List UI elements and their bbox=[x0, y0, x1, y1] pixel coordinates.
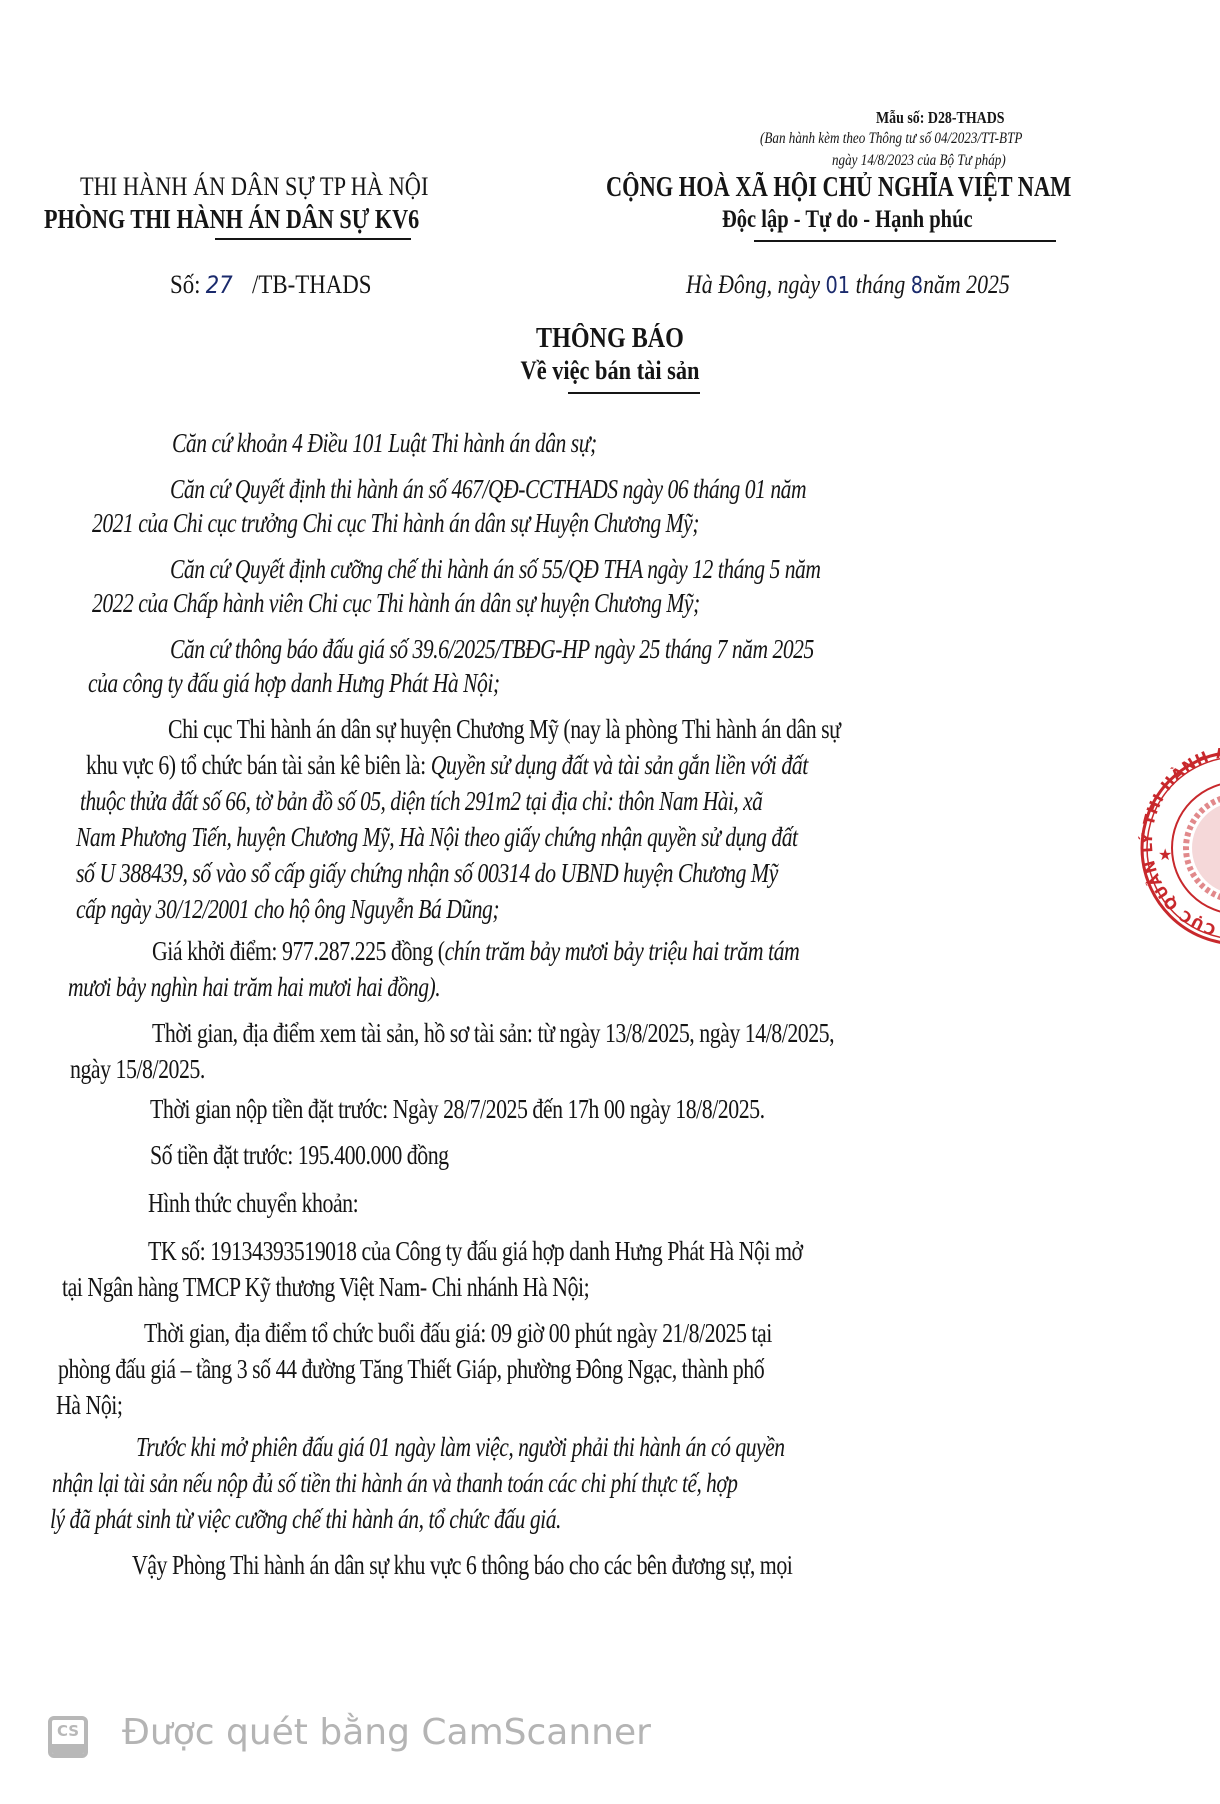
body-line: tại Ngân hàng TMCP Kỹ thương Việt Nam- C… bbox=[62, 1272, 713, 1303]
date-month: 8 bbox=[911, 273, 923, 299]
body-line: của công ty đấu giá hợp danh Hưng Phát H… bbox=[88, 668, 602, 699]
motto: Độc lập - Tự do - Hạnh phúc bbox=[722, 206, 1028, 234]
doc-number-handwritten: 27 bbox=[201, 271, 253, 299]
auction-time-line: Thời gian, địa điểm tổ chức buổi đấu giá… bbox=[144, 1318, 919, 1349]
body-line: Hà Nội; bbox=[56, 1390, 138, 1421]
body-line: Trước khi mở phiên đấu giá 01 ngày làm v… bbox=[136, 1432, 947, 1463]
body-line: 2022 của Chấp hành viên Chi cục Thi hành… bbox=[92, 588, 852, 619]
body-line: Căn cứ thông báo đấu giá số 39.6/2025/TB… bbox=[170, 634, 975, 665]
date-day: 01 bbox=[826, 273, 851, 299]
date-place: Hà Đông, ngày bbox=[686, 270, 820, 299]
body-line: số U 388439, số vào sổ cấp giấy chứng nh… bbox=[76, 858, 943, 889]
official-seal-icon: CỤC QUẢN LÝ THI HÀNH ÁN ★ bbox=[1138, 748, 1220, 948]
doc-number-prefix: Số: bbox=[170, 270, 201, 299]
agency-name: PHÒNG THI HÀNH ÁN DÂN SỰ KV6 bbox=[44, 204, 502, 235]
bank-account-line: TK số: 19134393519018 của Công ty đấu gi… bbox=[148, 1236, 956, 1267]
notice-subtitle: Về việc bán tài sản bbox=[0, 356, 1220, 386]
form-note-line1: (Ban hành kèm theo Thông tư số 04/2023/T… bbox=[760, 130, 1080, 148]
body-line: Chi cục Thi hành án dân sự huyện Chương … bbox=[168, 714, 998, 745]
body-line: Căn cứ Quyết định cưỡng chế thi hành án … bbox=[170, 554, 983, 585]
notice-title: THÔNG BÁO bbox=[0, 323, 1220, 355]
body-line: nhận lại tài sản nếu nộp đủ số tiền thi … bbox=[52, 1468, 920, 1499]
deposit-time-line: Thời gian nộp tiền đặt trước: Ngày 28/7/… bbox=[150, 1094, 909, 1125]
body-line: 2021 của Chi cục trưởng Chi cục Thi hành… bbox=[92, 508, 851, 539]
title-underline bbox=[568, 392, 700, 394]
body-line: Vậy Phòng Thi hành án dân sự khu vực 6 t… bbox=[132, 1550, 947, 1581]
body-line: ngày 15/8/2025. bbox=[70, 1054, 237, 1085]
transfer-method-line: Hình thức chuyển khoản: bbox=[148, 1188, 408, 1219]
camscanner-watermark-text: Được quét bằng CamScanner bbox=[122, 1712, 651, 1753]
agency-underline bbox=[215, 238, 411, 240]
body-line: cấp ngày 30/12/2001 cho hộ ông Nguyễn Bá… bbox=[76, 894, 605, 925]
svg-text:★: ★ bbox=[1158, 845, 1172, 864]
body-line: Nam Phương Tiến, huyện Chương Mỹ, Hà Nội… bbox=[76, 822, 978, 853]
body-line: Căn cứ Quyết định thi hành án số 467/QĐ-… bbox=[170, 474, 965, 505]
viewing-time-line: Thời gian, địa điểm xem tài sản, hồ sơ t… bbox=[152, 1018, 994, 1049]
date-year: năm 2025 bbox=[923, 270, 1010, 299]
document-number: Số:27/TB-THADS bbox=[170, 270, 399, 300]
form-note-line2: ngày 14/8/2023 của Bộ Tư pháp) bbox=[832, 152, 1044, 170]
doc-number-suffix: /TB-THADS bbox=[252, 270, 371, 299]
body-line: phòng đấu giá – tầng 3 số 44 đường Tăng … bbox=[58, 1354, 930, 1385]
motto-underline bbox=[754, 240, 1056, 242]
body-line: thuộc thửa đất số 66, tờ bản đồ số 05, d… bbox=[80, 786, 944, 817]
starting-price-line: Giá khởi điểm: 977.287.225 đồng (chín tr… bbox=[152, 936, 951, 967]
agency-parent: THI HÀNH ÁN DÂN SỰ TP HÀ NỘI bbox=[80, 172, 485, 202]
body-line: lý đã phát sinh từ việc cưỡng chế thi hà… bbox=[50, 1504, 689, 1535]
date-month-label: tháng bbox=[856, 270, 906, 299]
form-code: Mẫu số: D28-THADS bbox=[876, 108, 1033, 128]
body-line: mươi bảy nghìn hai trăm hai mươi hai đồn… bbox=[68, 972, 533, 1003]
camscanner-logo-icon: CS bbox=[48, 1716, 88, 1758]
body-line: khu vực 6) tổ chức bán tài sản kê biên l… bbox=[86, 750, 977, 781]
document-date: Hà Đông, ngày 01 tháng 8năm 2025 bbox=[686, 270, 1072, 300]
nation-title: CỘNG HOÀ XÃ HỘI CHỦ NGHĨA VIỆT NAM bbox=[606, 172, 1188, 204]
body-line: Căn cứ khoản 4 Điều 101 Luật Thi hành án… bbox=[172, 428, 703, 459]
deposit-amount-line: Số tiền đặt trước: 195.400.000 đồng bbox=[150, 1140, 519, 1171]
